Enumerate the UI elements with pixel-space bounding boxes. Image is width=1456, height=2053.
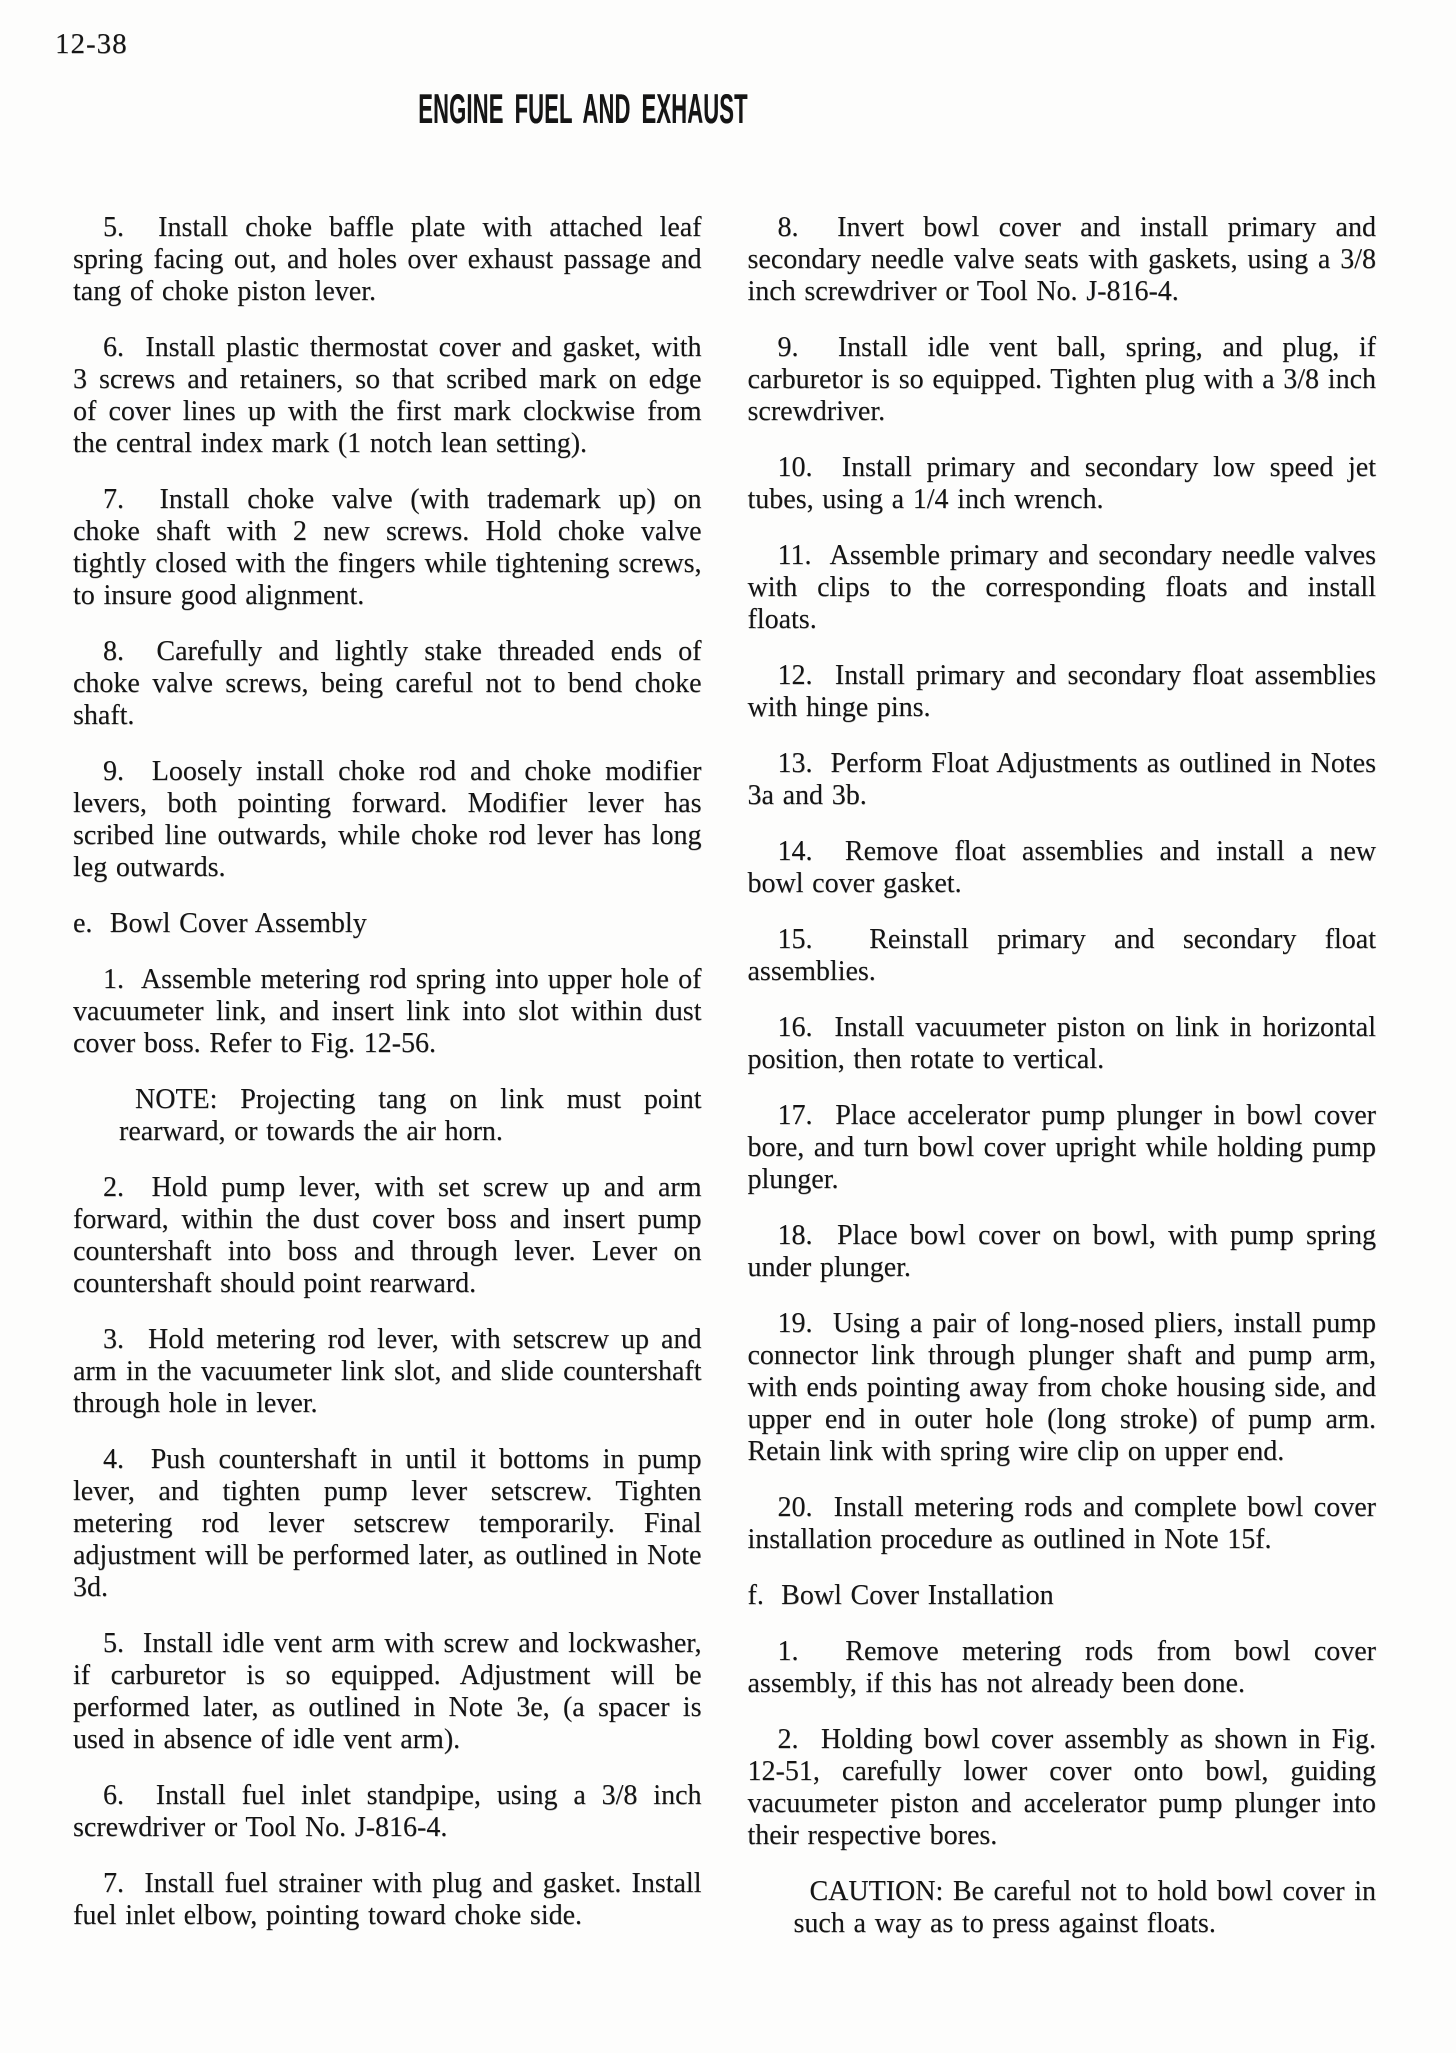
instruction-step: 16. Install vacuumeter piston on link in… [748,1012,1377,1076]
right-column: 8. Invert bowl cover and install primary… [748,212,1377,1964]
instruction-step: 7. Install fuel strainer with plug and g… [73,1868,702,1932]
page-number: 12-38 [55,28,128,61]
instruction-step: 5. Install idle vent arm with screw and … [73,1628,702,1756]
section-heading: f. Bowl Cover Installation [748,1580,1377,1612]
text-columns: 5. Install choke baffle plate with attac… [73,212,1376,1964]
note-paragraph: NOTE: Projecting tang on link must point… [73,1084,702,1148]
instruction-step: 17. Place accelerator pump plunger in bo… [748,1100,1377,1196]
instruction-step: 9. Install idle vent ball, spring, and p… [748,332,1377,428]
instruction-step: 2. Holding bowl cover assembly as shown … [748,1724,1377,1852]
caution-paragraph: CAUTION: Be careful not to hold bowl cov… [748,1876,1377,1940]
instruction-step: 6. Install plastic thermostat cover and … [73,332,702,460]
instruction-step: 3. Hold metering rod lever, with setscre… [73,1324,702,1420]
instruction-step: 18. Place bowl cover on bowl, with pump … [748,1220,1377,1284]
manual-page: 12-38 ENGINE FUEL AND EXHAUST 5. Install… [0,0,1456,2053]
instruction-step: 1. Remove metering rods from bowl cover … [748,1636,1377,1700]
instruction-step: 20. Install metering rods and complete b… [748,1492,1377,1556]
instruction-step: 8. Carefully and lightly stake threaded … [73,636,702,732]
section-heading: e. Bowl Cover Assembly [73,908,702,940]
page-title: ENGINE FUEL AND EXHAUST [418,88,747,130]
instruction-step: 19. Using a pair of long-nosed pliers, i… [748,1308,1377,1468]
instruction-step: 7. Install choke valve (with trademark u… [73,484,702,612]
instruction-step: 15. Reinstall primary and secondary floa… [748,924,1377,988]
instruction-step: 9. Loosely install choke rod and choke m… [73,756,702,884]
instruction-step: 5. Install choke baffle plate with attac… [73,212,702,308]
instruction-step: 10. Install primary and secondary low sp… [748,452,1377,516]
left-column: 5. Install choke baffle plate with attac… [73,212,702,1964]
instruction-step: 13. Perform Float Adjustments as outline… [748,748,1377,812]
instruction-step: 6. Install fuel inlet standpipe, using a… [73,1780,702,1844]
instruction-step: 14. Remove float assemblies and install … [748,836,1377,900]
instruction-step: 1. Assemble metering rod spring into upp… [73,964,702,1060]
instruction-step: 11. Assemble primary and secondary needl… [748,540,1377,636]
instruction-step: 8. Invert bowl cover and install primary… [748,212,1377,308]
instruction-step: 12. Install primary and secondary float … [748,660,1377,724]
instruction-step: 4. Push countershaft in until it bottoms… [73,1444,702,1604]
instruction-step: 2. Hold pump lever, with set screw up an… [73,1172,702,1300]
